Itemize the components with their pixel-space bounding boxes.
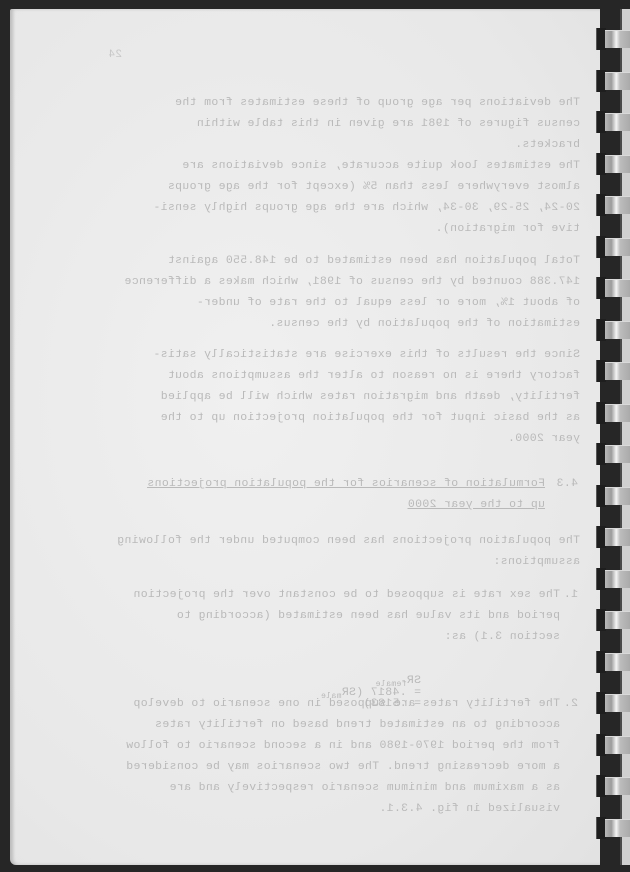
ring-wire — [605, 155, 630, 173]
ring-wire — [605, 445, 630, 463]
ring-wire — [605, 611, 630, 629]
text-line: a more decreasing trend. The two scenari… — [126, 762, 560, 773]
binding-ring — [596, 236, 630, 258]
text-line: The population projections has been comp… — [117, 536, 580, 547]
ring-wire — [605, 819, 630, 837]
text-line: from the period 1970-1980 and in a secon… — [126, 741, 560, 752]
ring-wire — [605, 570, 630, 588]
ring-wire — [605, 404, 630, 422]
text-line: estimation of the population by the cens… — [269, 319, 580, 330]
binding-ring — [596, 609, 630, 631]
ring-wire — [605, 72, 630, 90]
binding-ring — [596, 194, 630, 216]
binding-ring — [596, 817, 630, 839]
text-line: census figures of 1981 are given in this… — [197, 119, 580, 130]
text-line: 20-24, 25-29, 30-34, which are the age g… — [153, 203, 580, 214]
binding-ring — [596, 568, 630, 590]
text-line: 147.388 counted by the census of 1981, w… — [124, 277, 580, 288]
text-line: The estimates look quite accurate, since… — [182, 161, 580, 172]
text-line: factory there is no reason to alter the … — [168, 371, 580, 382]
text-line: assumptions: — [493, 557, 580, 568]
ring-wire — [605, 30, 630, 48]
text-line: tive for migration). — [435, 224, 580, 235]
text-line: almost everywhere less than 5% (except f… — [168, 182, 580, 193]
ring-wire — [605, 362, 630, 380]
binding-ring — [596, 526, 630, 548]
text-line: period and its value has been estimated … — [177, 611, 560, 622]
page-number: 24 — [108, 49, 122, 61]
text-line: as a maximum and minimum scenario respec… — [169, 783, 560, 794]
binding-ring — [596, 111, 630, 133]
section-number: 4.3 — [556, 479, 578, 490]
text-line: year 2000. — [508, 434, 580, 445]
bleed-through-text: 24 The deviations per age group of these… — [10, 9, 600, 865]
text-line: according to an estimated trend based on… — [155, 720, 560, 731]
ring-wire — [605, 113, 630, 131]
binding-ring — [596, 443, 630, 465]
ring-wire — [605, 777, 630, 795]
binding-ring — [596, 319, 630, 341]
ring-wire — [605, 238, 630, 256]
ring-wire — [605, 528, 630, 546]
binding-ring — [596, 775, 630, 797]
text-line: as the basic input for the population pr… — [160, 413, 580, 424]
text-line: Since the results of this exercise are s… — [153, 350, 580, 361]
text-line: Total population has been estimated to b… — [168, 256, 580, 267]
ring-wire — [605, 196, 630, 214]
formula: SRfemale = .4817 (SRmale = .5183) — [321, 665, 450, 722]
binding-ring — [596, 277, 630, 299]
list-marker: 1. — [564, 590, 578, 601]
binding-ring — [596, 485, 630, 507]
text-line: The fertility rates are supposed in one … — [133, 699, 560, 710]
binding-ring — [596, 153, 630, 175]
binding-ring — [596, 734, 630, 756]
binding-ring — [596, 692, 630, 714]
text-line: of about 1%, more or less equal to the r… — [197, 298, 580, 309]
text-line: brackets. — [515, 140, 580, 151]
list-marker: 2. — [564, 699, 578, 710]
binding-ring — [596, 360, 630, 382]
formula-lhs: SR — [407, 675, 421, 687]
ring-wire — [605, 321, 630, 339]
text-line: section 3.1) as: — [444, 632, 560, 643]
binding-ring — [596, 28, 630, 50]
binding-ring — [596, 651, 630, 673]
ring-wire — [605, 279, 630, 297]
binding-ring — [596, 402, 630, 424]
ring-wire — [605, 736, 630, 754]
ring-wire — [605, 487, 630, 505]
section-heading: Formulation of scenarios for the populat… — [147, 479, 545, 490]
text-line: The sex rate is supposed to be constant … — [133, 590, 560, 601]
binding-ring — [596, 70, 630, 92]
text-line: visualized in fig. 4.3.1. — [379, 804, 560, 815]
text-line: The deviations per age group of these es… — [175, 98, 580, 109]
text-line: fertility, death and migration rates whi… — [160, 392, 580, 403]
ring-wire — [605, 653, 630, 671]
ring-wire — [605, 694, 630, 712]
formula-lhs-sub: female — [375, 680, 406, 689]
section-heading: up to the year 2000 — [408, 500, 545, 511]
